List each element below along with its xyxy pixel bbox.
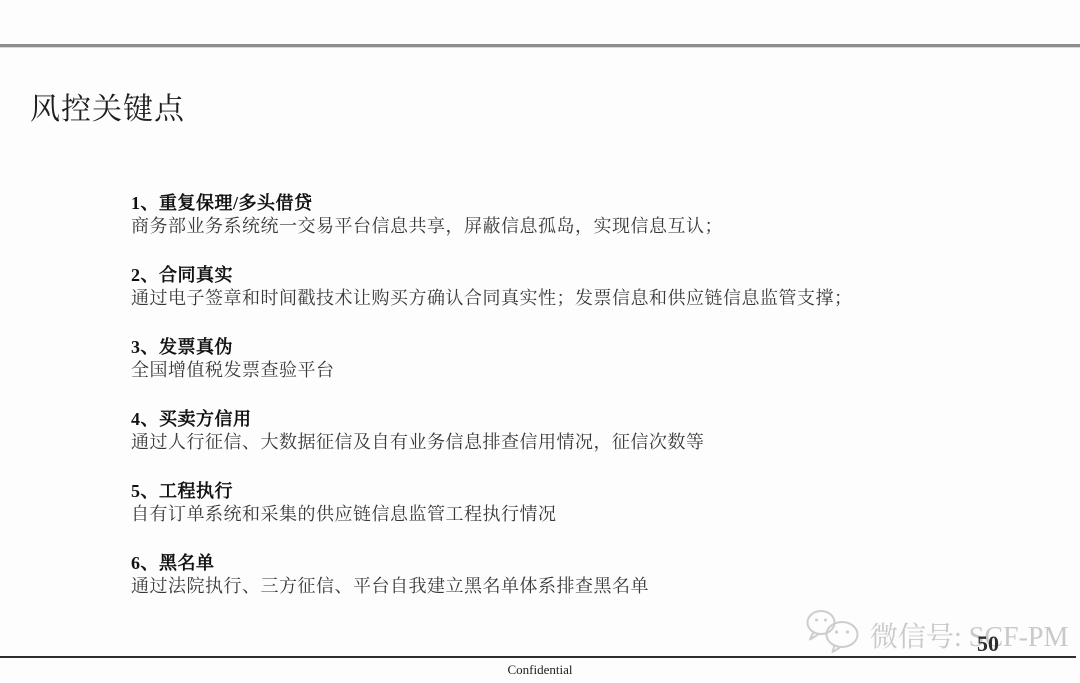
top-rule: [0, 44, 1080, 48]
list-item: 1、重复保理/多头借贷 商务部业务系统统一交易平台信息共享，屏蔽信息孤岛，实现信…: [131, 192, 941, 238]
wechat-watermark: 微信号: SCF-PM: [804, 608, 1068, 662]
page-number: 50: [977, 631, 999, 657]
item-description: 商务部业务系统统一交易平台信息共享，屏蔽信息孤岛，实现信息互认；: [131, 215, 941, 238]
watermark-text: 微信号: SCF-PM: [870, 615, 1068, 655]
page-title: 风控关键点: [30, 84, 185, 128]
risk-points-list: 1、重复保理/多头借贷 商务部业务系统统一交易平台信息共享，屏蔽信息孤岛，实现信…: [131, 192, 941, 624]
item-heading: 3、发票真伪: [131, 336, 941, 359]
item-heading: 4、买卖方信用: [131, 408, 941, 431]
item-heading: 6、黑名单: [131, 552, 941, 575]
confidential-label: Confidential: [0, 662, 1080, 678]
list-item: 4、买卖方信用 通过人行征信、大数据征信及自有业务信息排查信用情况，征信次数等: [131, 408, 941, 454]
list-item: 2、合同真实 通过电子签章和时间戳技术让购买方确认合同真实性；发票信息和供应链信…: [131, 264, 941, 310]
item-description: 通过法院执行、三方征信、平台自我建立黑名单体系排查黑名单: [131, 575, 941, 598]
item-description: 通过人行征信、大数据征信及自有业务信息排查信用情况，征信次数等: [131, 431, 941, 454]
item-description: 自有订单系统和采集的供应链信息监管工程执行情况: [131, 503, 941, 526]
item-heading: 5、工程执行: [131, 480, 941, 503]
item-description: 通过电子签章和时间戳技术让购买方确认合同真实性；发票信息和供应链信息监管支撑；: [131, 287, 941, 310]
list-item: 3、发票真伪 全国增值税发票查验平台: [131, 336, 941, 382]
list-item: 5、工程执行 自有订单系统和采集的供应链信息监管工程执行情况: [131, 480, 941, 526]
list-item: 6、黑名单 通过法院执行、三方征信、平台自我建立黑名单体系排查黑名单: [131, 552, 941, 598]
wechat-icon: [804, 608, 862, 662]
slide: 风控关键点 1、重复保理/多头借贷 商务部业务系统统一交易平台信息共享，屏蔽信息…: [0, 0, 1080, 683]
item-heading: 2、合同真实: [131, 264, 941, 287]
item-description: 全国增值税发票查验平台: [131, 359, 941, 382]
item-heading: 1、重复保理/多头借贷: [131, 192, 941, 215]
